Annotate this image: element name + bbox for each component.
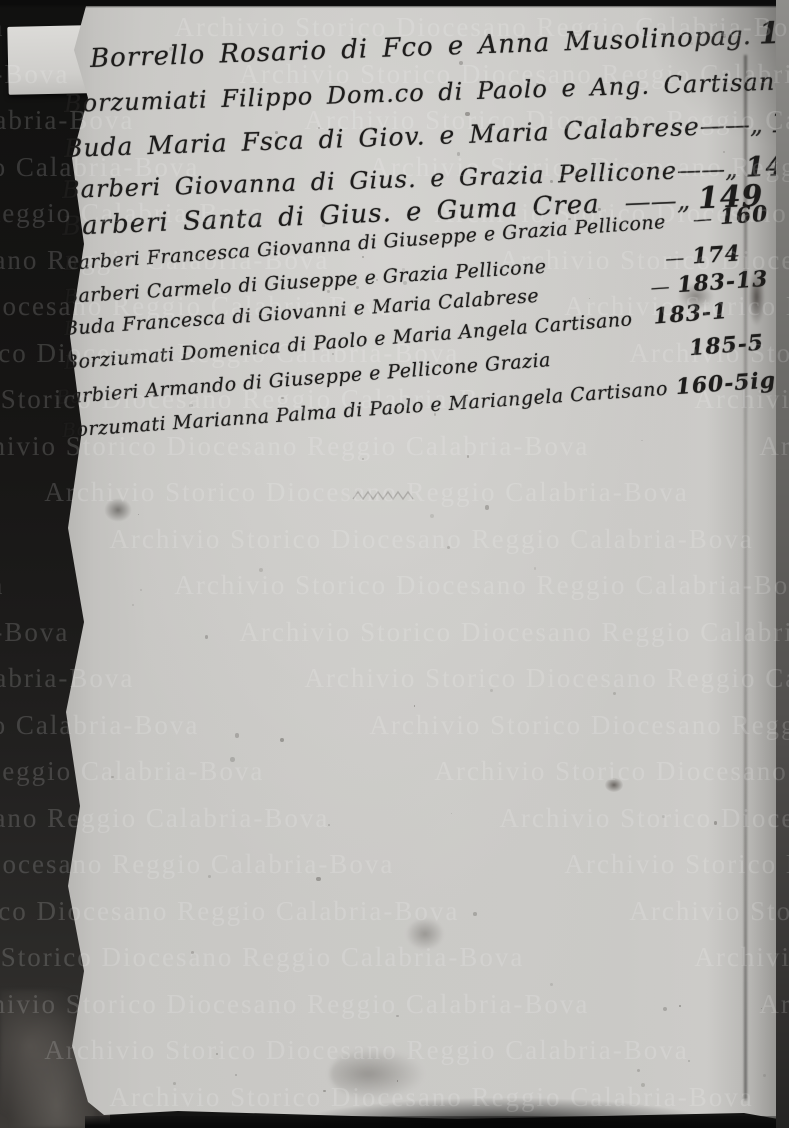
entry-ref-group: 160-5ig	[667, 367, 777, 401]
bottom-page-shadow	[290, 1098, 720, 1128]
entry-ref-group: —174	[664, 240, 741, 271]
scanned-register-page: Borrello Rosario di Fco e Anna Musolinop…	[0, 0, 789, 1128]
entry-separator: —	[650, 276, 670, 299]
page-crease	[744, 55, 747, 1100]
crease-smudge	[748, 268, 765, 326]
entry-separator: ——„	[699, 110, 763, 141]
entry-separator: —	[692, 208, 712, 231]
entry-ref-group: pag.126	[693, 14, 789, 54]
entry-page-ref: 160-5ig	[675, 367, 777, 400]
top-shadow-edge	[0, 0, 789, 8]
entry-name: Borrello Rosario di Fco e Anna Musolino	[90, 23, 695, 74]
entry-page-ref: 185-5	[688, 330, 765, 362]
entry-separator: pag.	[693, 21, 751, 53]
right-shadow-edge	[776, 0, 789, 1128]
handwritten-index-list: Borrello Rosario di Fco e Anna Musolinop…	[0, 0, 789, 1128]
entry-ref-group: —160	[692, 201, 769, 232]
entry-page-ref: 183-1	[652, 298, 729, 330]
entry-ref-group: 185-5	[680, 330, 765, 362]
entry-separator: —	[665, 247, 685, 270]
entry-page-ref: 174	[691, 240, 741, 269]
entry-ref-group: 183-1	[644, 298, 729, 330]
